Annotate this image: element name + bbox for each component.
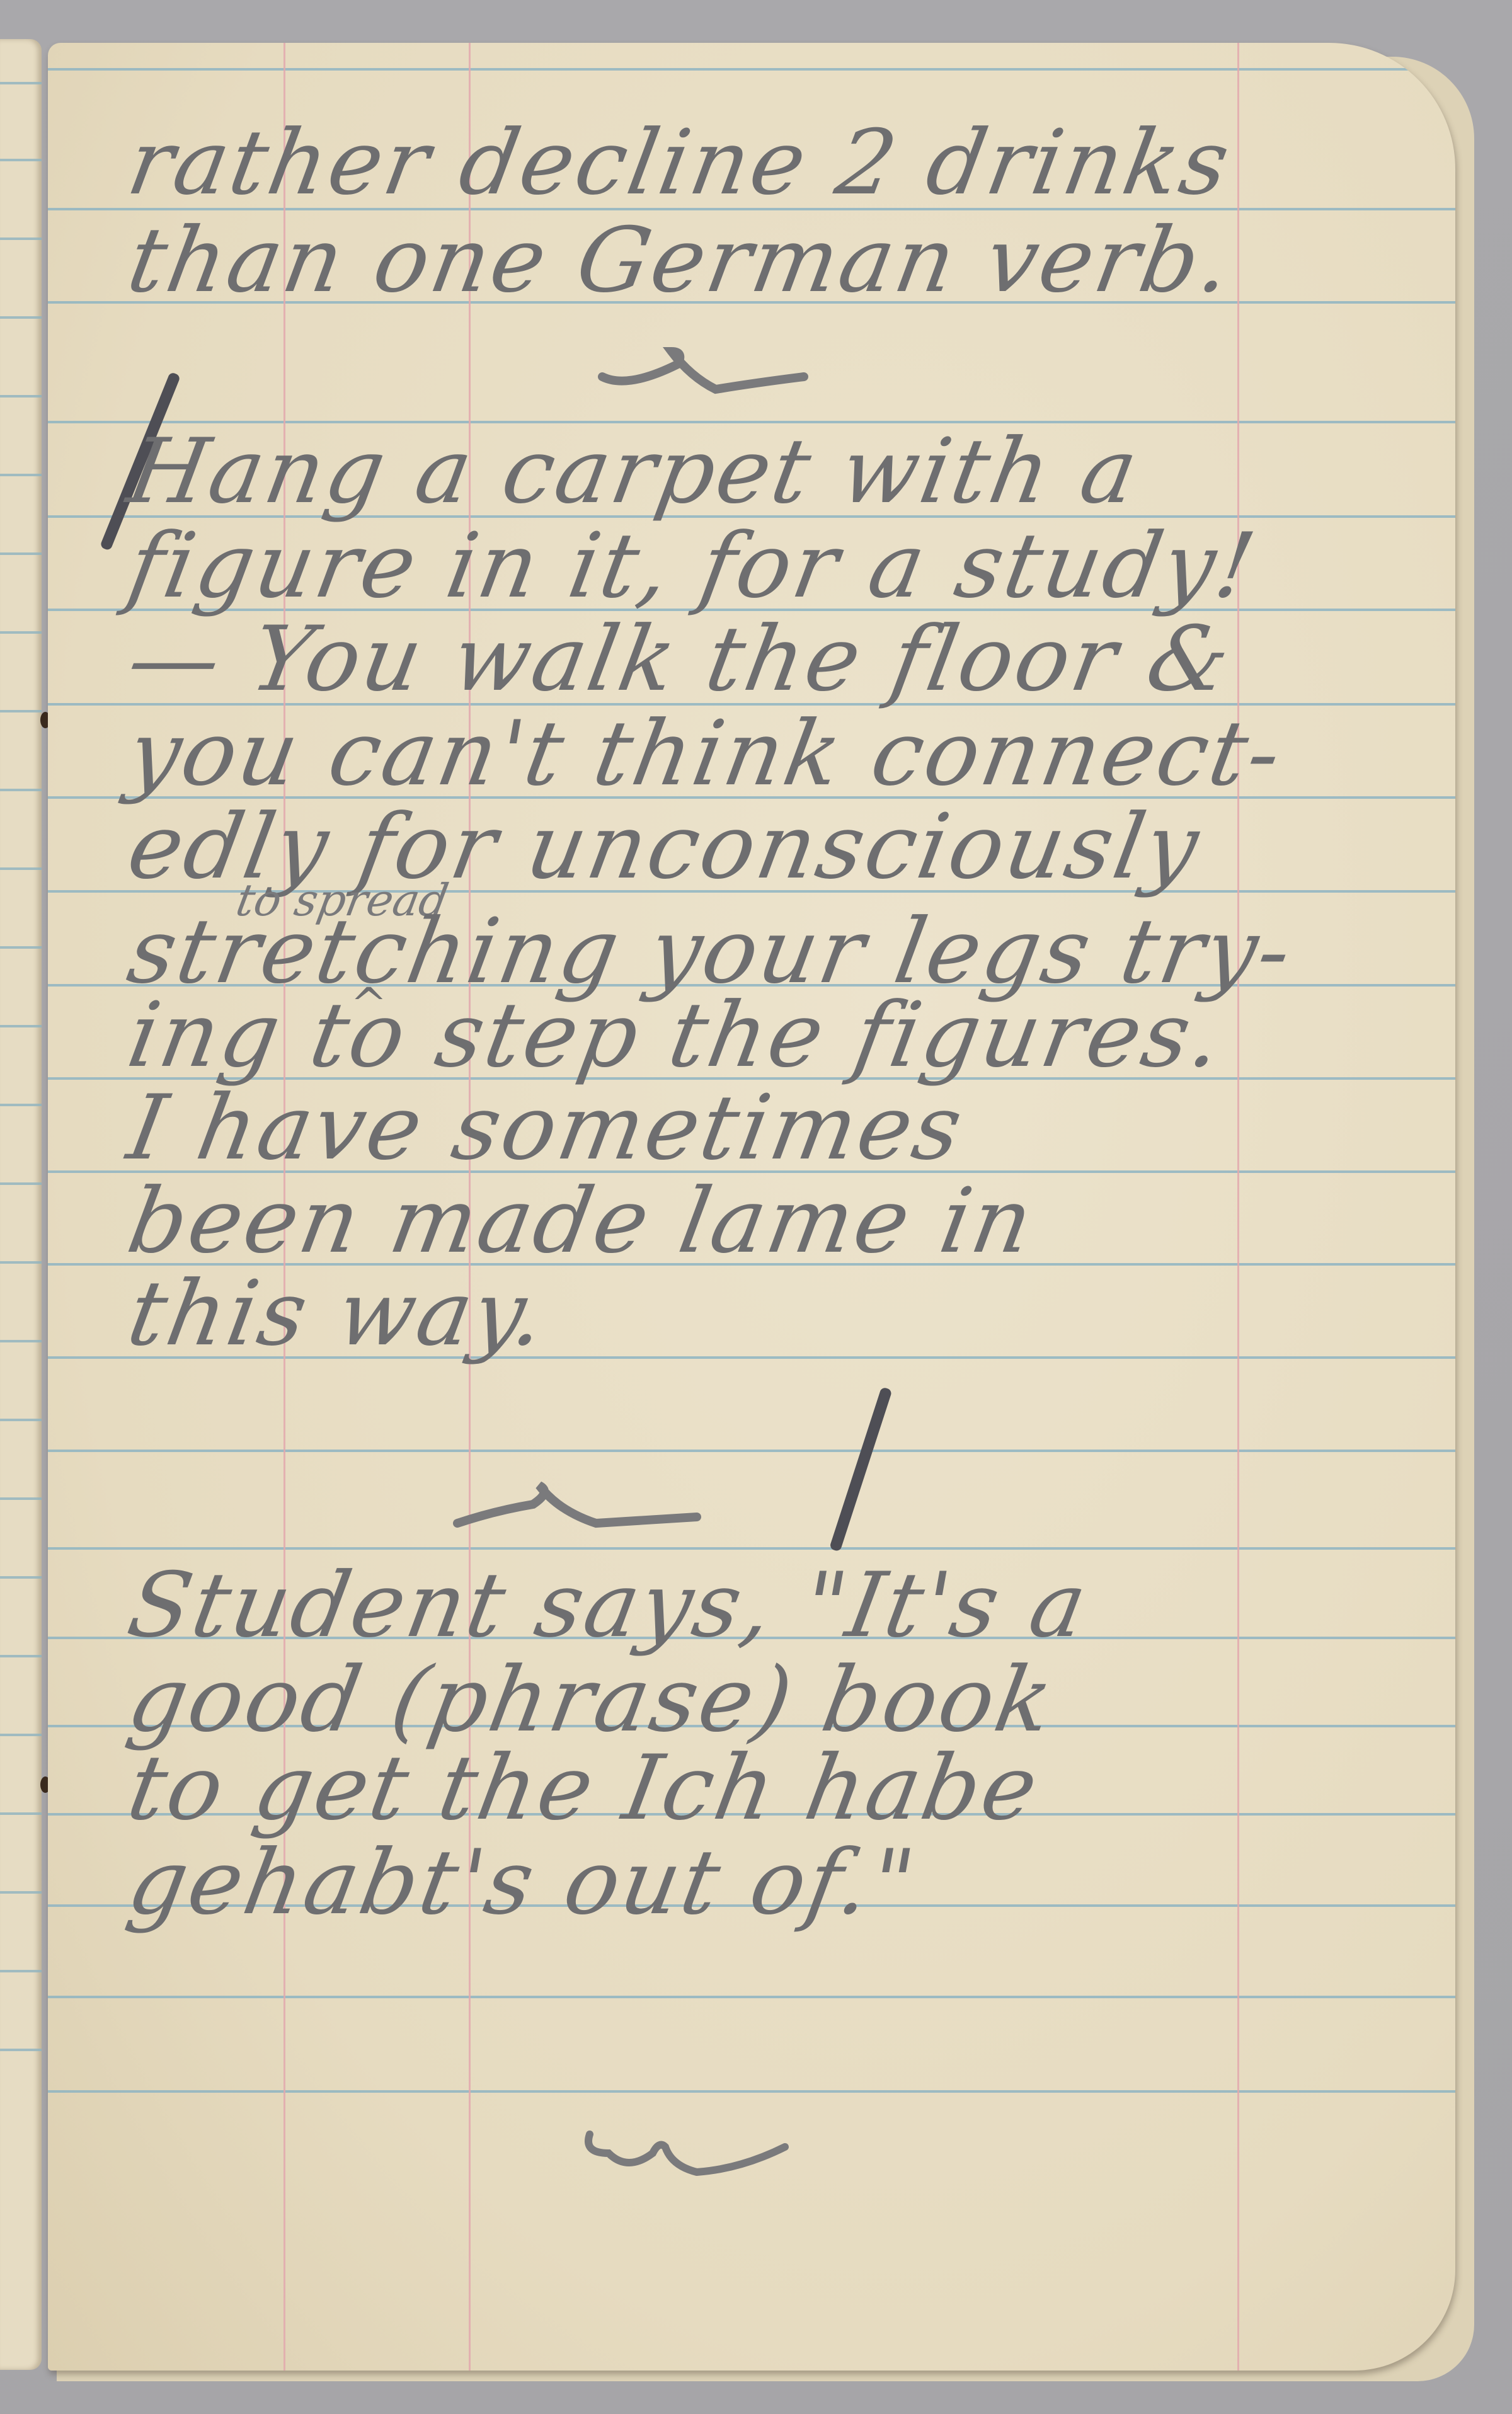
rule-line [0,789,42,791]
handwritten-line: I have sometimes [122,1084,970,1173]
notebook-page: rather decline 2 drinks than one German … [48,43,1455,2371]
rule-line [0,1104,42,1106]
rule-line [0,1182,42,1185]
rule-line [0,159,42,161]
rule-line [0,2049,42,2051]
rule-line [0,710,42,712]
rule-line [0,1891,42,1894]
facing-page-edge [0,39,42,2370]
handwritten-line: Student says, "It's a [122,1561,1095,1650]
rule-line [0,1419,42,1421]
rule-line [0,631,42,634]
rule-line [0,552,42,555]
handwritten-line: to get the Ich habe [122,1744,1046,1833]
handwritten-line: good (phrase) book [122,1656,1061,1745]
rule-line [0,1261,42,1264]
handwritten-line: ing to step the figures. [122,991,1230,1080]
handwritten-line: gehabt's out of." [122,1838,923,1928]
rule-line [0,867,42,870]
rule-line [0,1970,42,1972]
slash-mark [829,1387,893,1552]
handwritten-line: you can't think connect- [122,709,1289,799]
rule-line [0,1576,42,1579]
handwritten-line: — You walk the floor & [122,615,1239,704]
handwritten-line: this way. [122,1269,554,1359]
handwritten-line: Hang a carpet with a [122,427,1145,517]
rule-line [0,82,42,84]
rule-line [0,1734,42,1736]
rule-line [48,1547,1455,1550]
handwritten-line: than one German verb. [122,216,1239,306]
rule-line [48,68,1455,71]
rule-line [0,1497,42,1500]
section-divider-squiggle [590,339,816,421]
handwritten-line: rather decline 2 drinks [122,118,1237,208]
margin-line [1237,43,1239,2371]
rule-line [0,1812,42,1815]
rule-line [48,1450,1455,1452]
rule-line [0,474,42,476]
rule-line [48,1996,1455,1998]
rule-line [0,395,42,398]
rule-line [0,316,42,319]
rule-line [0,1655,42,1657]
section-divider-squiggle [445,1473,709,1548]
rule-line [48,2090,1455,2093]
rule-line [0,946,42,949]
handwritten-line: figure in it, for a study! [122,522,1263,611]
section-divider-squiggle [577,2122,804,2204]
rule-line [0,237,42,240]
rule-line [0,1340,42,1342]
handwritten-line: been made lame in [122,1177,1041,1266]
rule-line [0,1025,42,1027]
